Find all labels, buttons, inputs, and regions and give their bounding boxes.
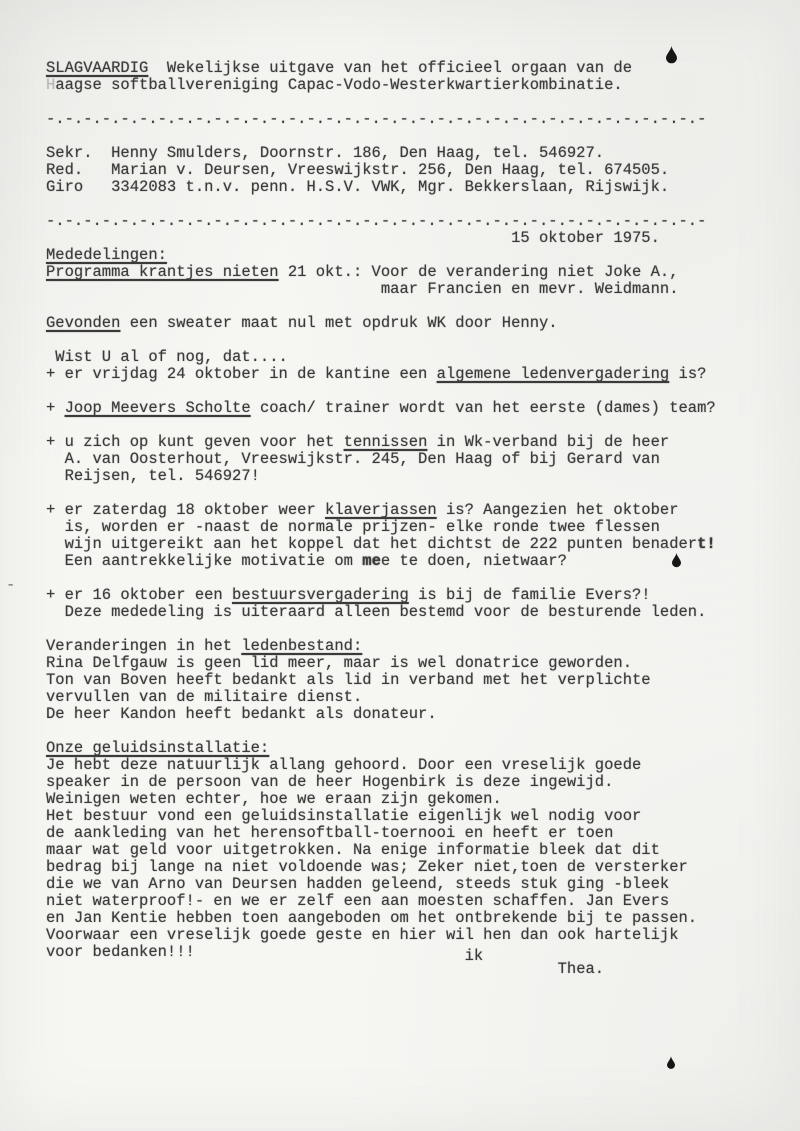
text-segment: Programma krantjes nieten <box>46 263 279 281</box>
signature-line: Thea. <box>46 961 780 978</box>
doc-line <box>46 298 780 315</box>
text-segment: Wist U al of nog, dat.... <box>46 348 288 366</box>
doc-line: + Joop Meevers Scholte coach/ trainer wo… <box>46 400 780 417</box>
document-date: 15 oktober 1975. <box>511 229 660 247</box>
section-heading-ledenbestand: Veranderingen in het ledenbestand: <box>46 638 780 655</box>
doc-line: Voorwaar een vreselijk goede geste en hi… <box>46 927 780 944</box>
doc-line: Gevonden een sweater maat nul met opdruk… <box>46 315 780 332</box>
doc-line: Programma krantjes nieten 21 okt.: Voor … <box>46 264 780 281</box>
text-segment: Gevonden <box>46 314 120 332</box>
text-segment <box>195 943 465 961</box>
ink-drop-icon <box>666 45 677 64</box>
text-segment: is? Aangezien het oktober <box>437 501 679 519</box>
text-segment: Sekr. Henny Smulders, Doornstr. 186, Den… <box>46 144 604 162</box>
newsletter-title: SLAGVAARDIG <box>46 59 148 77</box>
signature: Thea. <box>558 960 605 978</box>
text-segment: Wekelijkse uitgave van het officieel org… <box>148 59 632 77</box>
text-segment: Joop Meevers Scholte <box>65 399 251 417</box>
text-segment: Rina Delfgauw is geen lid meer, maar is … <box>46 654 632 672</box>
text-segment: e te doen, nietwaar? <box>381 552 567 570</box>
doc-line: Het bestuur vond een geluidsinstallatie … <box>46 808 780 825</box>
text-segment: A. van Oosterhout, Vreeswijkstr. 245, De… <box>46 450 660 468</box>
text-segment: + <box>46 399 65 417</box>
doc-line: + er zaterdag 18 oktober weer klaverjass… <box>46 502 780 519</box>
doc-line: Weinigen weten echter, hoe we eraan zijn… <box>46 791 780 808</box>
divider-line: -.-.-.-.-.-.-.-.-.-.-.-.-.-.-.-.-.-.-.-.… <box>46 213 780 230</box>
text-segment: + u zich op kunt geven voor het <box>46 433 344 451</box>
doc-line: Rina Delfgauw is geen lid meer, maar is … <box>46 655 780 672</box>
doc-line: A. van Oosterhout, Vreeswijkstr. 245, De… <box>46 451 780 468</box>
text-segment: wijn uitgereikt aan het koppel dat het d… <box>46 535 697 553</box>
text-segment: is bij de familie Evers?! <box>409 586 651 604</box>
text-segment: Onze geluidsinstallatie: <box>46 739 269 757</box>
doc-line: De heer Kandon heeft bedankt als donateu… <box>46 706 780 723</box>
text-segment: niet waterproof!- en we er zelf een aan … <box>46 892 669 910</box>
section-heading-mededelingen: Mededelingen: <box>46 247 780 264</box>
doc-line: Een aantrekkelijke motivatie om mee te d… <box>46 553 780 570</box>
doc-line: + u zich op kunt geven voor het tennisse… <box>46 434 780 451</box>
doc-line: maar Francien en mevr. Weidmann. <box>46 281 780 298</box>
masthead-title-line-2: Haagse softballvereniging Capac-Vodo-Wes… <box>46 77 780 94</box>
doc-line: Reijsen, tel. 546927! <box>46 468 780 485</box>
doc-line <box>46 383 780 400</box>
text-segment: de aankleding van het herensoftball-toer… <box>46 824 613 842</box>
text-segment: maar wat geld voor uitgetrokken. Na enig… <box>46 841 660 859</box>
text-segment: speaker in de persoon van de heer Hogenb… <box>46 773 613 791</box>
section-heading-geluidsinstallatie: Onze geluidsinstallatie: <box>46 740 780 757</box>
doc-line <box>46 94 780 111</box>
contact-line-sekr: Sekr. Henny Smulders, Doornstr. 186, Den… <box>46 145 780 162</box>
doc-line <box>46 723 780 740</box>
doc-line: wijn uitgereikt aan het koppel dat het d… <box>46 536 780 553</box>
text-segment: en Jan Kentie hebben toen aangeboden om … <box>46 909 697 927</box>
doc-line: Ton van Boven heeft bedankt als lid in v… <box>46 672 780 689</box>
text-segment: Weinigen weten echter, hoe we eraan zijn… <box>46 790 502 808</box>
text-segment: Deze mededeling is uiteraard alleen best… <box>46 603 706 621</box>
text-segment: Voorwaar een vreselijk goede geste en hi… <box>46 926 679 944</box>
divider-line: -.-.-.-.-.-.-.-.-.-.-.-.-.-.-.-.-.-.-.-.… <box>46 111 780 128</box>
date-line: 15 oktober 1975. <box>46 230 780 247</box>
text-segment: Reijsen, tel. 546927! <box>46 467 260 485</box>
text-segment: klaverjassen <box>325 501 437 519</box>
text-segment: -.-.-.-.-.-.-.-.-.-.-.-.-.-.-.-.-.-.-.-.… <box>46 110 706 128</box>
text-segment: aagse softballvereniging Capac-Vodo-West… <box>55 76 622 94</box>
text-segment: Mededelingen: <box>46 246 167 264</box>
text-segment: Giro 3342083 t.n.v. penn. H.S.V. VWK, Mg… <box>46 178 669 196</box>
doc-line: die we van Arno van Deursen hadden gelee… <box>46 876 780 893</box>
doc-line <box>46 417 780 434</box>
text-segment: vervullen van de militaire dienst. <box>46 688 362 706</box>
text-segment: -.-.-.-.-.-.-.-.-.-.-.-.-.-.-.-.-.-.-.-.… <box>46 212 706 230</box>
doc-line: niet waterproof!- en we er zelf een aan … <box>46 893 780 910</box>
text-segment: + er zaterdag 18 oktober weer <box>46 501 325 519</box>
doc-line <box>46 196 780 213</box>
contact-line-giro: Giro 3342083 t.n.v. penn. H.S.V. VWK, Mg… <box>46 179 780 196</box>
ink-drop-icon <box>667 1055 675 1070</box>
text-segment <box>46 229 511 247</box>
text-segment: Red. Marian v. Deursen, Vreeswijkstr. 25… <box>46 161 669 179</box>
text-segment: die we van Arno van Deursen hadden gelee… <box>46 875 669 893</box>
scanned-newsletter-page: SLAGVAARDIG Wekelijkse uitgave van het o… <box>0 0 800 1131</box>
doc-line: voor bedanken!!! ik <box>46 944 780 961</box>
doc-line: speaker in de persoon van de heer Hogenb… <box>46 774 780 791</box>
text-segment: De heer Kandon heeft bedankt als donateu… <box>46 705 437 723</box>
doc-line: bedrag bij lange na niet voldoende was; … <box>46 859 780 876</box>
ink-drop-icon <box>672 552 681 568</box>
text-segment: is? <box>669 365 706 383</box>
doc-line: maar wat geld voor uitgetrokken. Na enig… <box>46 842 780 859</box>
text-segment: is, worden er -naast de normale prijzen-… <box>46 518 660 536</box>
text-segment: in Wk-verband bij de heer <box>427 433 669 451</box>
text-segment: voor bedanken!!! <box>46 943 195 961</box>
doc-line: Wist U al of nog, dat.... <box>46 349 780 366</box>
doc-line <box>46 621 780 638</box>
text-segment: t! <box>697 535 716 553</box>
text-segment: een sweater maat nul met opdruk WK door … <box>120 314 557 332</box>
doc-line: Je hebt deze natuurlijk allang gehoord. … <box>46 757 780 774</box>
doc-line <box>46 332 780 349</box>
text-segment: bestuursvergadering <box>232 586 409 604</box>
text-segment: + er 16 oktober een <box>46 586 232 604</box>
stray-dash-mark: - <box>6 576 15 594</box>
text-segment: bedrag bij lange na niet voldoende was; … <box>46 858 688 876</box>
text-segment: H <box>46 76 55 94</box>
doc-line: de aankleding van het herensoftball-toer… <box>46 825 780 842</box>
doc-line <box>46 128 780 145</box>
doc-line: Deze mededeling is uiteraard alleen best… <box>46 604 780 621</box>
text-segment: Een aantrekkelijke motivatie om <box>46 552 362 570</box>
doc-line: + er 16 oktober een bestuursvergadering … <box>46 587 780 604</box>
doc-line: en Jan Kentie hebben toen aangeboden om … <box>46 910 780 927</box>
doc-line: vervullen van de militaire dienst. <box>46 689 780 706</box>
text-segment: me <box>362 552 381 570</box>
text-segment: Ton van Boven heeft bedankt als lid in v… <box>46 671 651 689</box>
doc-line <box>46 570 780 587</box>
text-segment: + er vrijdag 24 oktober in de kantine ee… <box>46 365 437 383</box>
text-segment: tennissen <box>344 433 428 451</box>
document-body: SLAGVAARDIG Wekelijkse uitgave van het o… <box>46 60 780 978</box>
text-segment: algemene ledenvergadering <box>437 365 670 383</box>
typed-insertion-ik: ik <box>465 947 484 965</box>
text-segment: coach/ trainer wordt van het eerste (dam… <box>251 399 716 417</box>
contact-line-red: Red. Marian v. Deursen, Vreeswijkstr. 25… <box>46 162 780 179</box>
doc-line <box>46 485 780 502</box>
text-segment: Veranderingen in het <box>46 637 241 655</box>
text-segment: maar Francien en mevr. Weidmann. <box>46 280 679 298</box>
doc-line: + er vrijdag 24 oktober in de kantine ee… <box>46 366 780 383</box>
text-segment: Het bestuur vond een geluidsinstallatie … <box>46 807 641 825</box>
text-segment: ledenbestand: <box>241 637 362 655</box>
text-segment: 21 okt.: Voor de verandering niet Joke A… <box>279 263 679 281</box>
doc-line: is, worden er -naast de normale prijzen-… <box>46 519 780 536</box>
text-segment: Je hebt deze natuurlijk allang gehoord. … <box>46 756 641 774</box>
